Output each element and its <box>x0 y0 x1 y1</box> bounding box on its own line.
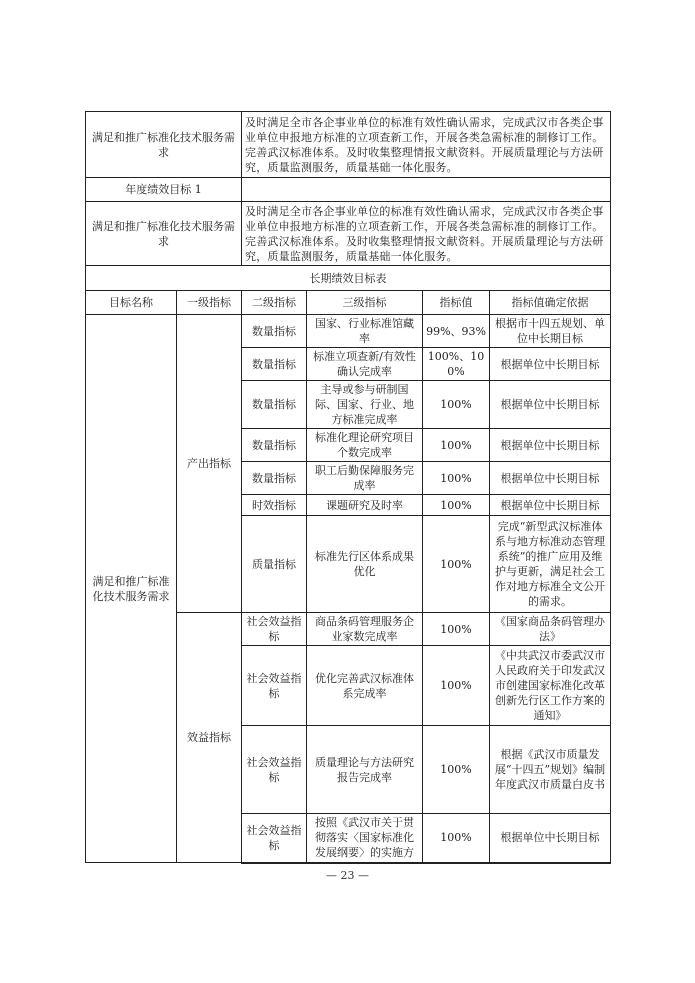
basis: 《中共武汉市委武汉市人民政府关于印发武汉市创建国家标准化改革创新先行区工作方案的… <box>490 646 611 726</box>
value: 99%、93% <box>423 315 490 348</box>
level1-benefit: 效益指标 <box>177 613 242 863</box>
basis: 《国家商品条码管理办法》 <box>490 613 611 646</box>
goal-name: 满足和推广标准化技术服务需求 <box>86 315 177 863</box>
level2: 社会效益指标 <box>242 726 307 814</box>
level2: 质量指标 <box>242 516 307 613</box>
value: 100% <box>423 646 490 726</box>
level3: 课题研究及时率 <box>307 495 423 516</box>
basis: 根据单位中长期目标 <box>490 429 611 462</box>
value: 100% <box>423 613 490 646</box>
table-row: 满足和推广标准化技术服务需求 产出指标 数量指标 国家、行业标准馆藏率 99%、… <box>86 315 611 348</box>
level2: 数量指标 <box>242 381 307 429</box>
level3: 职工后勤保障服务完成率 <box>307 462 423 495</box>
header-goal-name: 目标名称 <box>86 291 177 315</box>
basis: 根据市十四五规划、单位中长期目标 <box>490 315 611 348</box>
level2: 数量指标 <box>242 462 307 495</box>
goal-content-cell: 及时满足全市各企事业单位的标准有效性确认需求，完成武汉市各类企事业单位申报地方标… <box>242 202 611 266</box>
value: 100% <box>423 516 490 613</box>
top-row: 年度绩效目标 1 <box>86 178 611 202</box>
level3: 主导或参与研制国际、国家、行业、地方标准完成率 <box>307 381 423 429</box>
value: 100% <box>423 462 490 495</box>
value: 100%、100% <box>423 348 490 381</box>
header-level2: 二级指标 <box>242 291 307 315</box>
level1-output: 产出指标 <box>177 315 242 613</box>
goal-content-cell: 及时满足全市各企事业单位的标准有效性确认需求，完成武汉市各类企事业单位申报地方标… <box>242 112 611 178</box>
basis: 根据《武汉市质量发展“十四五”规划》编制年度武汉市质量白皮书 <box>490 726 611 814</box>
annual-goal-label: 年度绩效目标 1 <box>86 178 242 202</box>
level2: 数量指标 <box>242 315 307 348</box>
header-basis: 指标值确定依据 <box>490 291 611 315</box>
level3: 标准立项查新/有效性确认完成率 <box>307 348 423 381</box>
header-level3: 三级指标 <box>307 291 423 315</box>
goal-name-cell: 满足和推广标准化技术服务需求 <box>86 112 242 178</box>
long-term-title: 长期绩效目标表 <box>86 266 611 291</box>
level3: 质量理论与方法研究报告完成率 <box>307 726 423 814</box>
goal-name-cell: 满足和推广标准化技术服务需求 <box>86 202 242 266</box>
performance-goals-table: 满足和推广标准化技术服务需求 及时满足全市各企事业单位的标准有效性确认需求，完成… <box>85 111 611 864</box>
value: 100% <box>423 381 490 429</box>
level2: 数量指标 <box>242 348 307 381</box>
top-row: 满足和推广标准化技术服务需求 及时满足全市各企事业单位的标准有效性确认需求，完成… <box>86 202 611 266</box>
level2: 社会效益指标 <box>242 646 307 726</box>
annual-goal-content <box>242 178 611 202</box>
level2: 时效指标 <box>242 495 307 516</box>
level3: 国家、行业标准馆藏率 <box>307 315 423 348</box>
basis: 根据单位中长期目标 <box>490 495 611 516</box>
basis: 完成“新型武汉标准体系与地方标准动态管理系统”的推广应用及维护与更新，满足社会工… <box>490 516 611 613</box>
section-title-row: 长期绩效目标表 <box>86 266 611 291</box>
basis: 根据单位中长期目标 <box>490 814 611 863</box>
level2: 社会效益指标 <box>242 613 307 646</box>
basis: 根据单位中长期目标 <box>490 381 611 429</box>
top-row: 满足和推广标准化技术服务需求 及时满足全市各企事业单位的标准有效性确认需求，完成… <box>86 112 611 178</box>
value: 100% <box>423 495 490 516</box>
level3: 按照《武汉市关于贯彻落实〈国家标准化发展纲要〉的实施方 <box>307 814 423 863</box>
value: 100% <box>423 429 490 462</box>
header-value: 指标值 <box>423 291 490 315</box>
level2: 数量指标 <box>242 429 307 462</box>
level3: 商品条码管理服务企业家数完成率 <box>307 613 423 646</box>
level2: 社会效益指标 <box>242 814 307 863</box>
header-row: 目标名称 一级指标 二级指标 三级指标 指标值 指标值确定依据 <box>86 291 611 315</box>
value: 100% <box>423 726 490 814</box>
value: 100% <box>423 814 490 863</box>
basis: 根据单位中长期目标 <box>490 462 611 495</box>
level3: 优化完善武汉标准体系完成率 <box>307 646 423 726</box>
header-level1: 一级指标 <box>177 291 242 315</box>
level3: 标准先行区体系成果优化 <box>307 516 423 613</box>
basis: 根据单位中长期目标 <box>490 348 611 381</box>
level3: 标准化理论研究项目个数完成率 <box>307 429 423 462</box>
page-number: — 23 — <box>0 869 695 882</box>
